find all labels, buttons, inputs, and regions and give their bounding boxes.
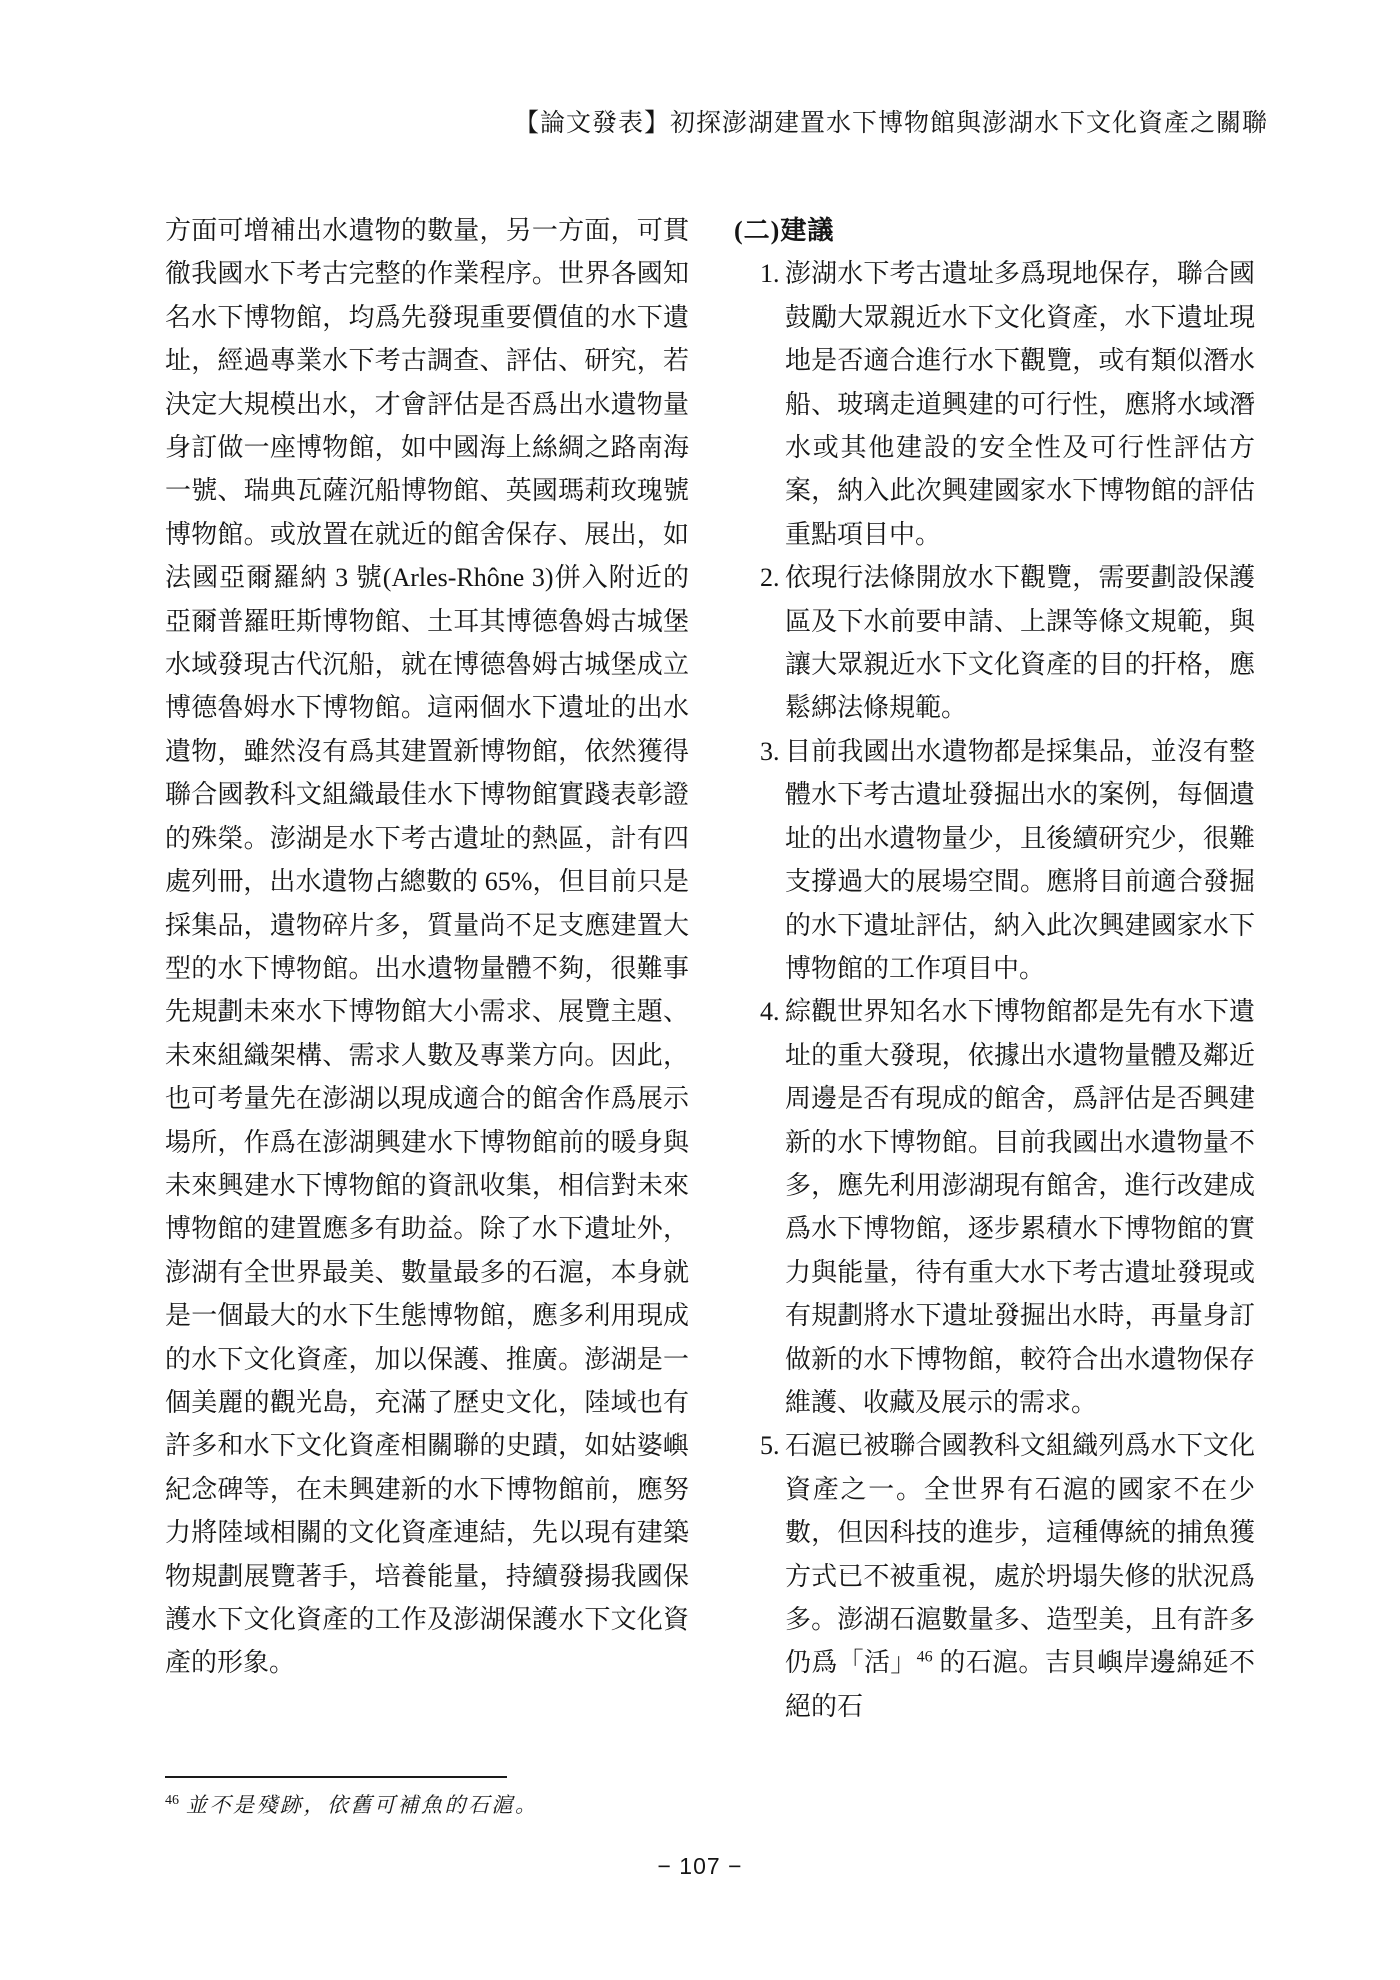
item-text: 依現行法條開放水下觀覽，需要劃設保護區及下水前要申請、上課等條文規範，與讓大眾親… — [785, 556, 1255, 730]
item-number: 1. — [760, 252, 785, 556]
suggestion-item-1: 1. 澎湖水下考古遺址多爲現地保存，聯合國鼓勵大眾親近水下文化資產，水下遺址現地… — [734, 252, 1255, 556]
suggestion-item-2: 2. 依現行法條開放水下觀覽，需要劃設保護區及下水前要申請、上課等條文規範，與讓… — [734, 556, 1255, 730]
body-paragraph: 方面可增補出水遺物的數量，另一方面，可貫徹我國水下考古完整的作業程序。世界各國知… — [165, 209, 689, 1685]
paper-title-header: 【論文發表】初探澎湖建置水下博物館與澎湖水下文化資產之關聯 — [514, 103, 1268, 139]
suggestion-item-4: 4. 綜觀世界知名水下博物館都是先有水下遺址的重大發現，依據出水遺物量體及鄰近周… — [734, 990, 1255, 1424]
item-text: 綜觀世界知名水下博物館都是先有水下遺址的重大發現，依據出水遺物量體及鄰近周邊是否… — [785, 990, 1255, 1424]
item-text: 澎湖水下考古遺址多爲現地保存，聯合國鼓勵大眾親近水下文化資產，水下遺址現地是否適… — [785, 252, 1255, 556]
item-text: 目前我國出水遺物都是採集品，並沒有整體水下考古遺址發掘出水的案例，每個遺址的出水… — [785, 730, 1255, 990]
item-number: 5. — [760, 1424, 785, 1728]
item-number: 4. — [760, 990, 785, 1424]
suggestion-item-5: 5. 石滬已被聯合國教科文組織列爲水下文化資產之一。全世界有石滬的國家不在少數，… — [734, 1424, 1255, 1728]
footnote: 46並不是殘跡，依舊可補魚的石滬。 — [165, 1789, 539, 1819]
footnote-marker: 46 — [165, 1793, 179, 1808]
suggestion-item-3: 3. 目前我國出水遺物都是採集品，並沒有整體水下考古遺址發掘出水的案例，每個遺址… — [734, 730, 1255, 990]
item-number: 2. — [760, 556, 785, 730]
footnote-ref: 46 — [917, 1649, 933, 1666]
page-number: − 107 − — [0, 1853, 1400, 1880]
footnote-text: 並不是殘跡，依舊可補魚的石滬。 — [186, 1793, 539, 1817]
item-text-segment: 石滬已被聯合國教科文組織列爲水下文化資產之一。全世界有石滬的國家不在少數，但因科… — [785, 1431, 1255, 1677]
suggestions-heading: (二)建議 — [734, 209, 1255, 252]
right-column: (二)建議 1. 澎湖水下考古遺址多爲現地保存，聯合國鼓勵大眾親近水下文化資產，… — [734, 209, 1255, 1728]
item-number: 3. — [760, 730, 785, 990]
left-column: 方面可增補出水遺物的數量，另一方面，可貫徹我國水下考古完整的作業程序。世界各國知… — [165, 209, 689, 1685]
footnote-rule — [165, 1776, 507, 1778]
document-page: 【論文發表】初探澎湖建置水下博物館與澎湖水下文化資產之關聯 方面可增補出水遺物的… — [0, 0, 1400, 1980]
item-text: 石滬已被聯合國教科文組織列爲水下文化資產之一。全世界有石滬的國家不在少數，但因科… — [785, 1424, 1255, 1728]
